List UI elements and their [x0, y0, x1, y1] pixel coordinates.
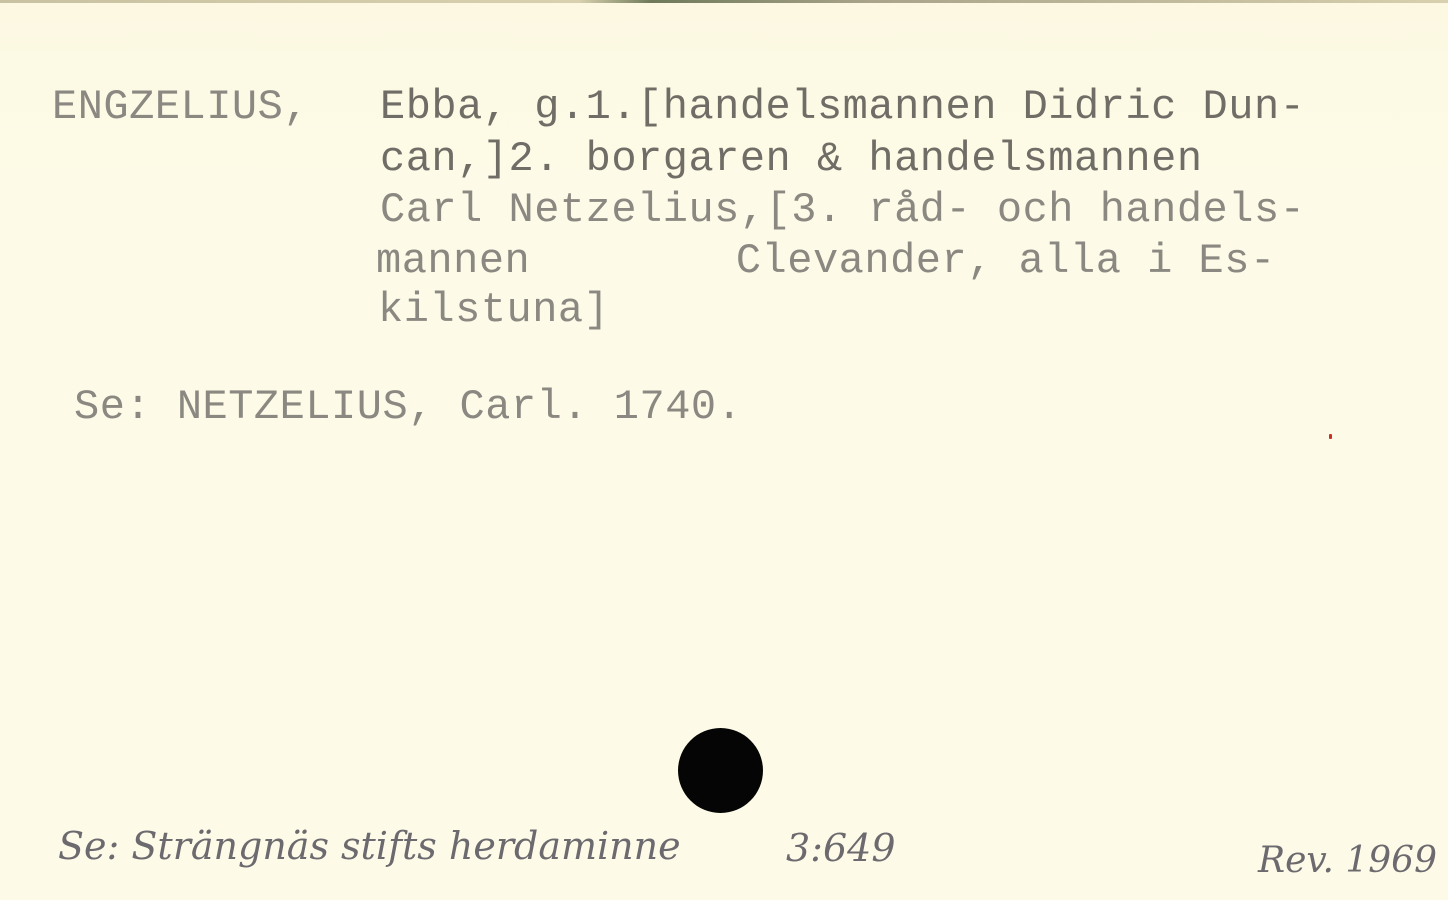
entry-line-5: kilstuna] [378, 285, 609, 335]
index-card: ENGZELIUS, Ebba, g.1.[handelsmannen Didr… [0, 0, 1448, 900]
entry-line-3: Carl Netzelius,[3. råd- och handels- [380, 185, 1305, 235]
handwritten-revision-note: Rev. 1969 [1258, 840, 1437, 881]
card-top-edge [0, 0, 1448, 3]
see-reference: Se: NETZELIUS, Carl. 1740. [74, 382, 742, 432]
surname-heading: ENGZELIUS, [52, 82, 309, 132]
ink-speck [1329, 434, 1332, 439]
entry-line-1: Ebba, g.1.[handelsmannen Didric Dun- [380, 82, 1305, 132]
entry-line-4: mannen Clevander, alla i Es- [376, 236, 1276, 286]
handwritten-volume-page: 3:649 [786, 826, 896, 870]
handwritten-source-note: Se: Strängnäs stifts herdaminne [58, 824, 681, 868]
entry-line-2: can,]2. borgaren & handelsmannen [380, 134, 1203, 184]
punch-hole [678, 728, 763, 813]
